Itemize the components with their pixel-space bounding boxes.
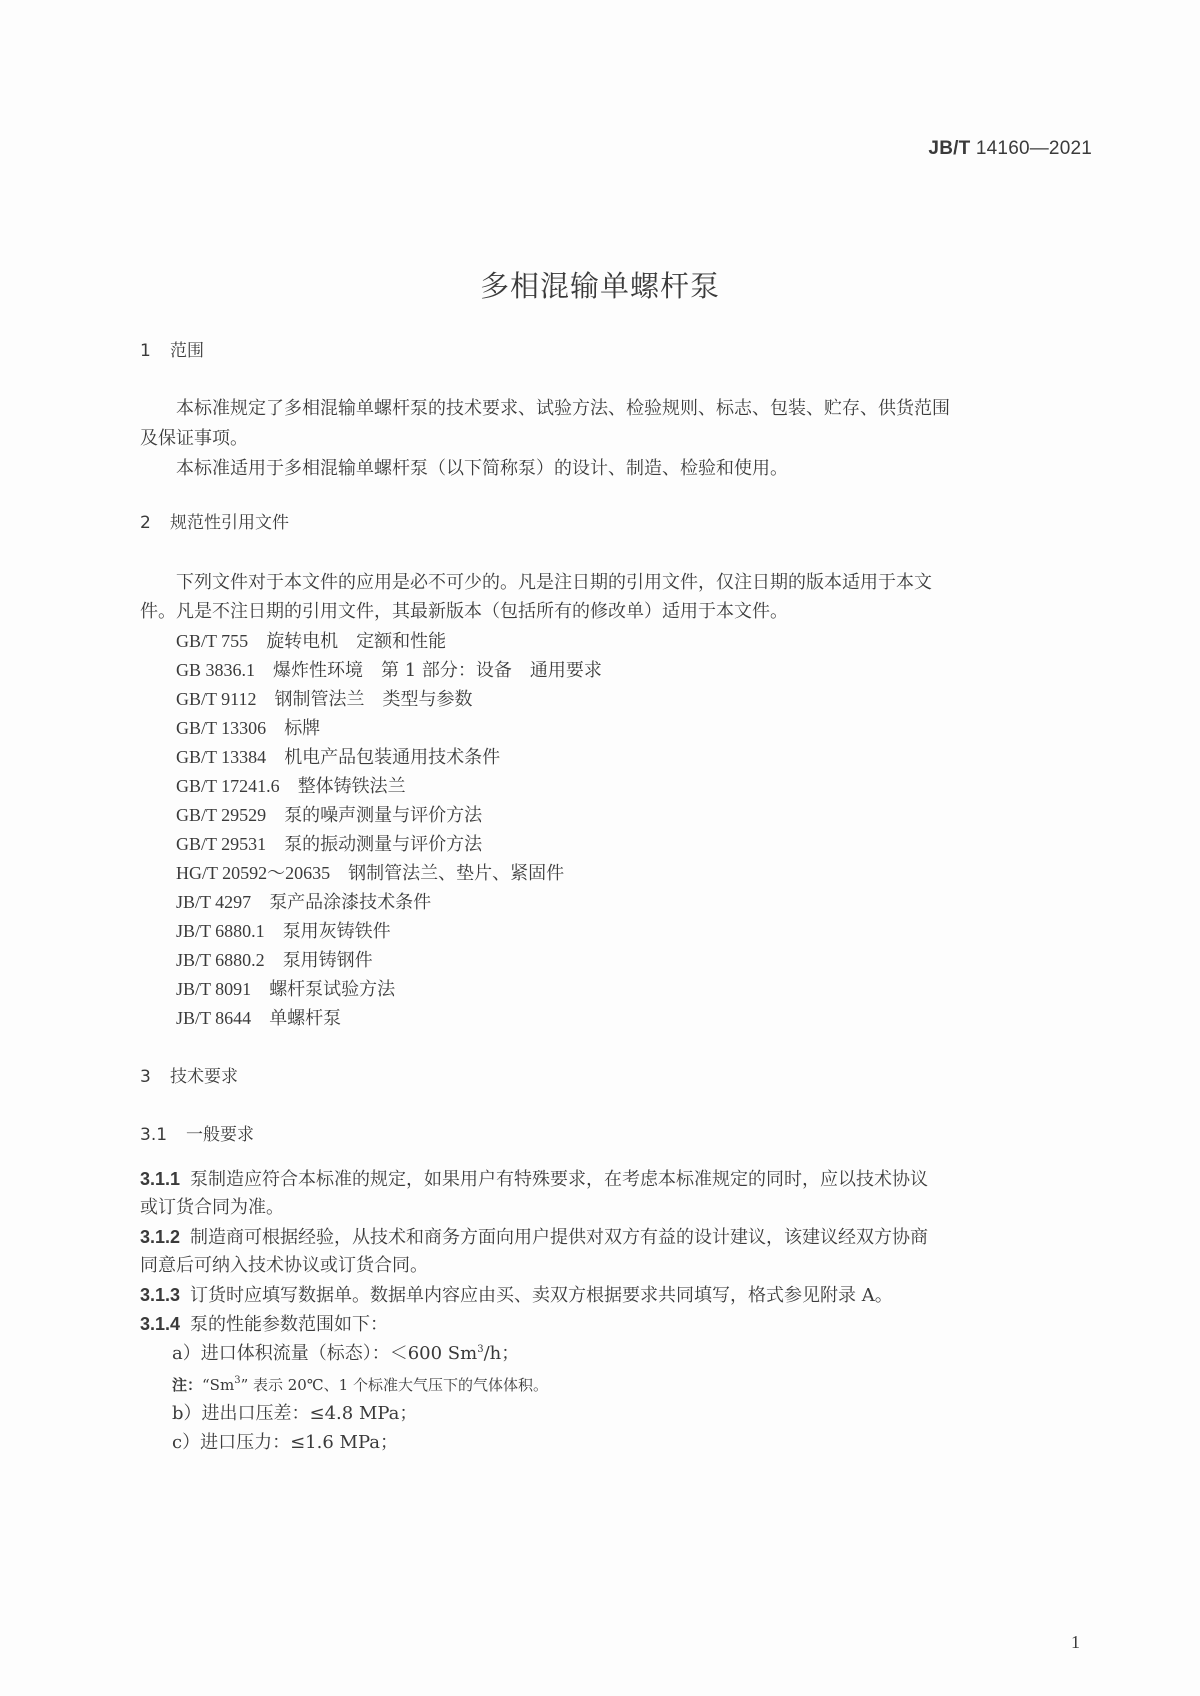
document-title: 多相混输单螺杆泵 xyxy=(0,264,1200,305)
reference-code: JB/T 4297 xyxy=(176,891,251,913)
document-page: JB/T 14160—2021 多相混输单螺杆泵 1范围 本标准规定了多相混输单… xyxy=(0,0,1200,1696)
clause-number: 3.1.2 xyxy=(140,1226,190,1248)
section-title: 技术要求 xyxy=(170,1067,238,1087)
note: 注：“Sm3” 表示 20℃、1 个标准大气压下的气体体积。 xyxy=(172,1374,548,1396)
reference-item: GB/T 29531泵的振动测量与评价方法 xyxy=(176,833,482,856)
subsection-3-1-heading: 3.1一般要求 xyxy=(140,1124,254,1146)
reference-item: HG/T 20592～20635钢制管法兰、垫片、紧固件 xyxy=(176,862,564,885)
subsection-title: 一般要求 xyxy=(186,1125,254,1145)
list-item-a-unit: /h； xyxy=(484,1343,520,1364)
reference-code: GB/T 29531 xyxy=(176,833,266,855)
reference-code: HG/T 20592～20635 xyxy=(176,862,330,884)
clause-text: 订货时应填写数据单。数据单内容应由买、卖双方根据要求共同填写，格式参见附录 A。 xyxy=(190,1285,893,1306)
paragraph: 下列文件对于本文件的应用是必不可少的。凡是注日期的引用文件，仅注日期的版本适用于… xyxy=(176,572,932,594)
section-title: 范围 xyxy=(170,341,204,361)
reference-code: GB/T 755 xyxy=(176,630,248,652)
reference-code: JB/T 8091 xyxy=(176,978,251,1000)
list-item-b: b）进出口压差：≤4.8 MPa； xyxy=(172,1403,417,1425)
reference-code: GB/T 13306 xyxy=(176,717,266,739)
section-number: 2 xyxy=(140,512,170,534)
reference-title: 标牌 xyxy=(284,718,320,739)
reference-code: GB/T 9112 xyxy=(176,688,257,710)
reference-item: JB/T 8644单螺杆泵 xyxy=(176,1007,341,1030)
list-item-a-text: a）进口体积流量（标态）：＜600 Sm xyxy=(172,1343,477,1364)
clause-3-1-2: 3.1.2制造商可根据经验，从技术和商务方面向用户提供对双方有益的设计建议，该建… xyxy=(140,1226,928,1249)
clause-number: 3.1.4 xyxy=(140,1313,190,1335)
clause-continuation: 同意后可纳入技术协议或订货合同。 xyxy=(140,1255,428,1277)
reference-code: JB/T 6880.1 xyxy=(176,920,265,942)
list-item-a: a）进口体积流量（标态）：＜600 Sm3/h； xyxy=(172,1343,519,1365)
subsection-number: 3.1 xyxy=(140,1124,186,1146)
note-text: ” 表示 20℃、1 个标准大气压下的气体体积。 xyxy=(241,1376,548,1394)
section-number: 3 xyxy=(140,1066,170,1088)
standard-prefix: JB/T xyxy=(928,138,970,159)
reference-code: GB/T 17241.6 xyxy=(176,775,280,797)
reference-item: GB/T 17241.6整体铸铁法兰 xyxy=(176,775,406,798)
reference-title: 机电产品包装通用技术条件 xyxy=(284,747,500,768)
reference-item: GB/T 13306标牌 xyxy=(176,717,320,740)
reference-item: JB/T 6880.1泵用灰铸铁件 xyxy=(176,920,391,943)
reference-title: 泵用铸钢件 xyxy=(283,950,373,971)
section-number: 1 xyxy=(140,340,170,362)
clause-continuation: 或订货合同为准。 xyxy=(140,1197,284,1219)
clause-text: 制造商可根据经验，从技术和商务方面向用户提供对双方有益的设计建议，该建议经双方协… xyxy=(190,1227,928,1248)
paragraph: 及保证事项。 xyxy=(140,428,248,450)
reference-item: JB/T 8091螺杆泵试验方法 xyxy=(176,978,395,1001)
section-title: 规范性引用文件 xyxy=(170,513,289,533)
clause-text: 泵的性能参数范围如下： xyxy=(190,1314,388,1335)
clause-number: 3.1.1 xyxy=(140,1168,190,1190)
reference-title: 钢制管法兰 类型与参数 xyxy=(275,689,473,710)
reference-title: 旋转电机 定额和性能 xyxy=(266,631,446,652)
reference-item: GB/T 755旋转电机 定额和性能 xyxy=(176,630,446,653)
note-text: “Sm xyxy=(202,1376,234,1394)
clause-3-1-1: 3.1.1泵制造应符合本标准的规定，如果用户有特殊要求，在考虑本标准规定的同时，… xyxy=(140,1168,928,1191)
section-3-heading: 3技术要求 xyxy=(140,1066,238,1088)
reference-code: JB/T 8644 xyxy=(176,1007,251,1029)
reference-item: GB 3836.1爆炸性环境 第 1 部分：设备 通用要求 xyxy=(176,659,602,682)
reference-item: JB/T 4297泵产品涂漆技术条件 xyxy=(176,891,431,914)
reference-title: 螺杆泵试验方法 xyxy=(269,979,395,1000)
reference-title: 钢制管法兰、垫片、紧固件 xyxy=(348,863,564,884)
reference-title: 泵的振动测量与评价方法 xyxy=(284,834,482,855)
paragraph: 件。凡是不注日期的引用文件，其最新版本（包括所有的修改单）适用于本文件。 xyxy=(140,601,788,623)
reference-title: 泵的噪声测量与评价方法 xyxy=(284,805,482,826)
standard-number: 14160—2021 xyxy=(976,138,1092,159)
list-item-c: c）进口压力：≤1.6 MPa； xyxy=(172,1432,398,1454)
clause-number: 3.1.3 xyxy=(140,1284,190,1306)
reference-title: 爆炸性环境 第 1 部分：设备 通用要求 xyxy=(273,660,602,681)
standard-code: JB/T 14160—2021 xyxy=(928,138,1092,160)
reference-title: 单螺杆泵 xyxy=(269,1008,341,1029)
reference-item: JB/T 6880.2泵用铸钢件 xyxy=(176,949,373,972)
page-number: 1 xyxy=(1071,1632,1080,1653)
paragraph: 本标准规定了多相混输单螺杆泵的技术要求、试验方法、检验规则、标志、包装、贮存、供… xyxy=(176,398,950,420)
reference-item: GB/T 29529泵的噪声测量与评价方法 xyxy=(176,804,482,827)
reference-title: 整体铸铁法兰 xyxy=(298,776,406,797)
reference-code: GB/T 29529 xyxy=(176,804,266,826)
note-label: 注： xyxy=(172,1376,202,1394)
clause-3-1-4: 3.1.4泵的性能参数范围如下： xyxy=(140,1313,388,1336)
reference-code: GB/T 13384 xyxy=(176,746,266,768)
reference-title: 泵产品涂漆技术条件 xyxy=(269,892,431,913)
paragraph: 本标准适用于多相混输单螺杆泵（以下简称泵）的设计、制造、检验和使用。 xyxy=(176,458,788,480)
clause-text: 泵制造应符合本标准的规定，如果用户有特殊要求，在考虑本标准规定的同时，应以技术协… xyxy=(190,1169,928,1190)
reference-item: GB/T 13384机电产品包装通用技术条件 xyxy=(176,746,500,769)
section-1-heading: 1范围 xyxy=(140,340,204,362)
reference-title: 泵用灰铸铁件 xyxy=(283,921,391,942)
reference-item: GB/T 9112钢制管法兰 类型与参数 xyxy=(176,688,473,711)
section-2-heading: 2规范性引用文件 xyxy=(140,512,289,534)
reference-code: GB 3836.1 xyxy=(176,659,255,681)
clause-3-1-3: 3.1.3订货时应填写数据单。数据单内容应由买、卖双方根据要求共同填写，格式参见… xyxy=(140,1284,893,1307)
reference-code: JB/T 6880.2 xyxy=(176,949,265,971)
